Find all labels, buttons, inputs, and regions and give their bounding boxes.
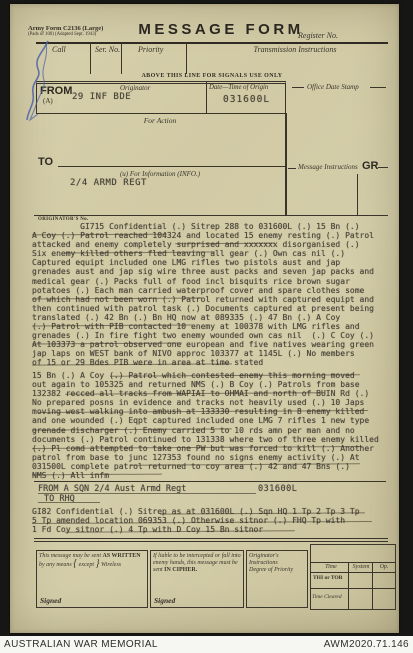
page-title: MESSAGE FORM	[138, 21, 304, 38]
gr-label: GR	[362, 160, 379, 172]
for-action-label: For Action	[70, 116, 250, 125]
priority-label: Priority	[138, 45, 163, 54]
message-line: then continued with patrol task (.) Docu…	[32, 304, 392, 313]
as-written-bold: AS WRITTEN	[103, 553, 141, 559]
footer-top-rule-2	[34, 541, 388, 542]
cipher-bold: IN CIPHER.	[164, 567, 197, 573]
paper-sheet: Army Form C2136 (Large) (Pads of 100) (A…	[10, 4, 399, 633]
stamp-table-rule	[310, 562, 396, 563]
message-line: grenades (.) In fire fight two enemy wou…	[32, 331, 392, 340]
form-number: Army Form C2136 (Large)	[28, 25, 103, 32]
msg-instr-dash	[288, 168, 296, 169]
pen-underline	[38, 502, 100, 503]
above-line-note: ABOVE THIS LINE FOR SIGNALS USE ONLY	[36, 73, 388, 79]
for-information-value: 2/4 ARMD REGT	[70, 178, 147, 188]
message-line: A Coy (.) Patrol reached 104324 and loca…	[32, 231, 392, 240]
originator-label: Originator	[120, 84, 150, 92]
message-line: medical gear (.) Packs full of food incl…	[32, 277, 392, 286]
serial-label: Ser. No.	[95, 45, 120, 54]
scanned-message-form: Army Form C2136 (Large) (Pads of 100) (A…	[0, 0, 413, 653]
as-written-text-2: by any means	[39, 562, 72, 568]
message-line: potatoes (.) Each man carried waterproof…	[32, 286, 392, 295]
cipher-box: If liable to be intercepted or fall into…	[150, 550, 244, 608]
office-date-stamp-label: Office Date Stamp	[307, 83, 359, 91]
message-line: documents (.) Patrol continued to 131338…	[32, 435, 392, 444]
stamp-table-rule	[310, 588, 396, 589]
stamp-row-cleared: Time Cleared	[312, 594, 342, 600]
from-box-divider	[206, 82, 207, 113]
second-message-time: 031600L	[258, 484, 297, 494]
stamp-dash	[292, 87, 304, 88]
transmission-label: Transmission Instructions	[210, 45, 380, 54]
brace-glyph: }	[96, 558, 100, 569]
footer-top-rule	[34, 538, 388, 539]
originator-instructions-note: Originator's Instructions Degree of Prio…	[247, 551, 307, 576]
cipher-note: If liable to be intercepted or fall into…	[151, 551, 243, 576]
except-label: except	[79, 562, 94, 568]
message-line: attacked and enemy completely surprised …	[32, 240, 392, 249]
message-instructions-label: Message Instructions	[298, 163, 358, 171]
message-line: of which had not been worn (.) Patrol re…	[32, 295, 392, 304]
degree-priority-label: Degree of Priority	[249, 567, 293, 573]
form-number-sub: (Pads of 100) (Adapted Sept. 1943)	[28, 32, 96, 37]
message-area-top-rule	[34, 215, 388, 216]
brace-glyph: {	[73, 558, 77, 569]
message-line: GI715 Confidential (.) Sitrep 288 to 031…	[32, 222, 392, 231]
stamp-col-time: Time	[313, 564, 349, 570]
register-no-label: Register No.	[298, 31, 338, 40]
message-line: (.) Patrol with PIB contacted 10 enemy a…	[32, 322, 392, 331]
accession-number: AWM2020.71.146	[324, 639, 409, 650]
datetime-label: Date—Time of Origin	[209, 84, 268, 91]
as-written-box: This message may be sent AS WRITTEN by a…	[36, 550, 148, 608]
gr-column-rule	[357, 174, 358, 216]
gr-dash	[378, 167, 388, 168]
for-information-label: (u) For Information (INFO.)	[85, 170, 235, 178]
to-underline	[58, 166, 285, 167]
stamp-row-thi: THI or TOR	[313, 575, 343, 581]
message-line: out again to 105325 and returned NMS (.)…	[32, 380, 392, 389]
message-line: 1 Fd Coy sitnor (.) 4 Tp with D Coy 15 B…	[32, 525, 392, 534]
message-line: At 103373 a patrol observed one european…	[32, 340, 392, 349]
message-line: NMS (.) All infm	[32, 471, 392, 480]
as-written-text-1: This message may be sent	[39, 553, 101, 559]
stamp-col-divider	[372, 562, 373, 610]
stamp-table-rule	[310, 572, 396, 573]
signals-divider	[121, 43, 122, 74]
datetime-value: 031600L	[223, 94, 270, 105]
to-label: TO	[38, 156, 53, 168]
signals-top-rule	[36, 42, 388, 44]
institution-label: AUSTRALIAN WAR MEMORIAL	[4, 639, 158, 650]
action-box-right-border	[285, 113, 287, 216]
as-written-note: This message may be sent AS WRITTEN by a…	[37, 551, 147, 571]
stamp-col-op: Op.	[374, 564, 394, 570]
signals-divider	[90, 43, 91, 74]
stamp-col-system: System	[350, 564, 372, 570]
signals-divider	[186, 43, 187, 74]
message-line: translated (.) 42 Bn (.) Bn HQ now at 08…	[32, 313, 392, 322]
message-line: No prepared posns in evidence and tracks…	[32, 398, 392, 407]
message-line: and one wounded (.) Eqpt captured includ…	[32, 416, 392, 425]
signed-label: Signed	[40, 596, 61, 605]
message-line: grenades aust and jap sig wire three aus…	[32, 267, 392, 276]
message-line: patrol from base to junc 127353 found no…	[32, 453, 392, 462]
originator-instructions-label: Originator's Instructions	[249, 553, 279, 566]
signed-label: Signed	[154, 596, 175, 605]
originator-instructions-box: Originator's Instructions Degree of Prio…	[246, 550, 308, 608]
message-separator-rule	[34, 481, 386, 482]
archive-caption-bar: AUSTRALIAN WAR MEMORIAL AWM2020.71.146	[0, 636, 413, 653]
wireless-label: Wireless	[101, 562, 121, 568]
blue-pen-mark	[18, 38, 62, 126]
stamp-dash	[370, 87, 386, 88]
stamp-col-divider	[348, 562, 349, 610]
originator-value: 29 INF BDE	[72, 92, 131, 102]
